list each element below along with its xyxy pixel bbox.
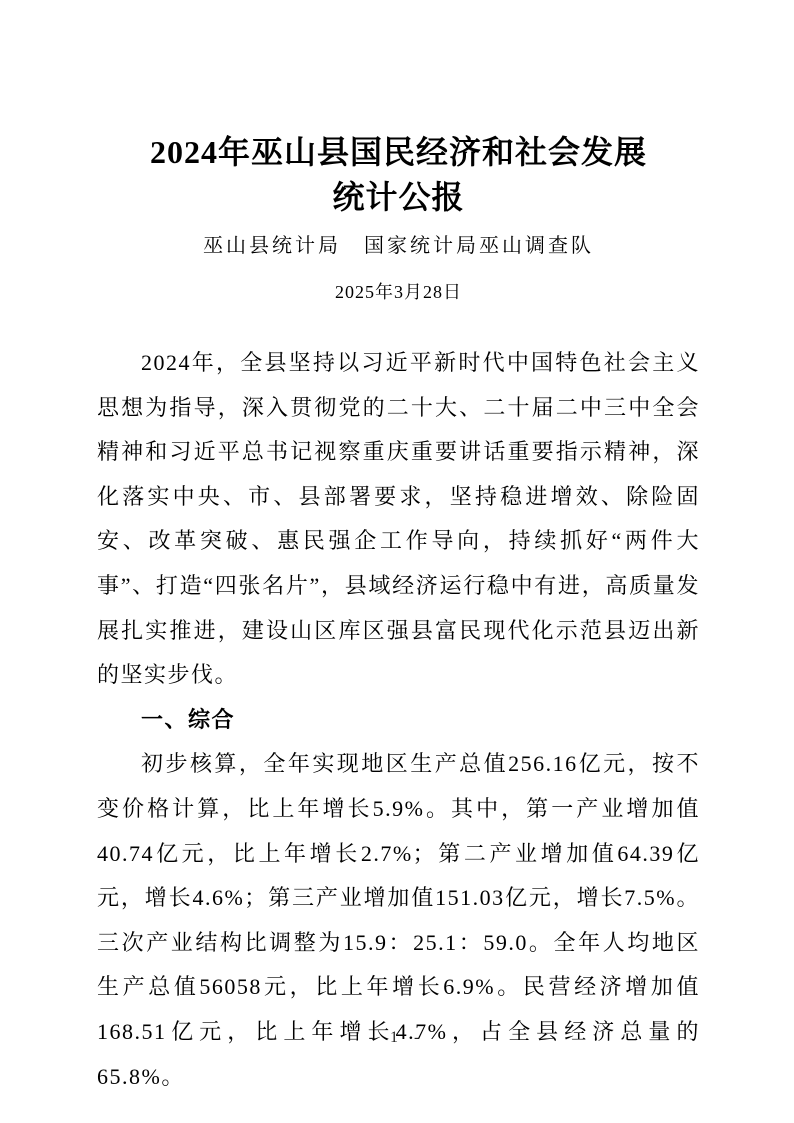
document-title: 2024年巫山县国民经济和社会发展 统计公报 <box>97 0 700 220</box>
document-title-line1: 2024年巫山县国民经济和社会发展 <box>150 134 647 170</box>
issuing-agencies: 巫山县统计局 国家统计局巫山调查队 <box>97 232 700 260</box>
document-content: 2024年巫山县国民经济和社会发展 统计公报 巫山县统计局 国家统计局巫山调查队… <box>97 0 700 1099</box>
document-page: 2024年巫山县国民经济和社会发展 统计公报 巫山县统计局 国家统计局巫山调查队… <box>0 0 794 1123</box>
page-number: - 1 - <box>0 1029 794 1047</box>
publication-date: 2025年3月28日 <box>97 279 700 305</box>
section-heading-overview: 一、综合 <box>97 698 700 743</box>
document-title-line2: 统计公报 <box>332 179 464 215</box>
intro-paragraph: 2024年，全县坚持以习近平新时代中国特色社会主义思想为指导，深入贯彻党的二十大… <box>97 341 700 698</box>
document-body: 2024年，全县坚持以习近平新时代中国特色社会主义思想为指导，深入贯彻党的二十大… <box>97 341 700 1099</box>
